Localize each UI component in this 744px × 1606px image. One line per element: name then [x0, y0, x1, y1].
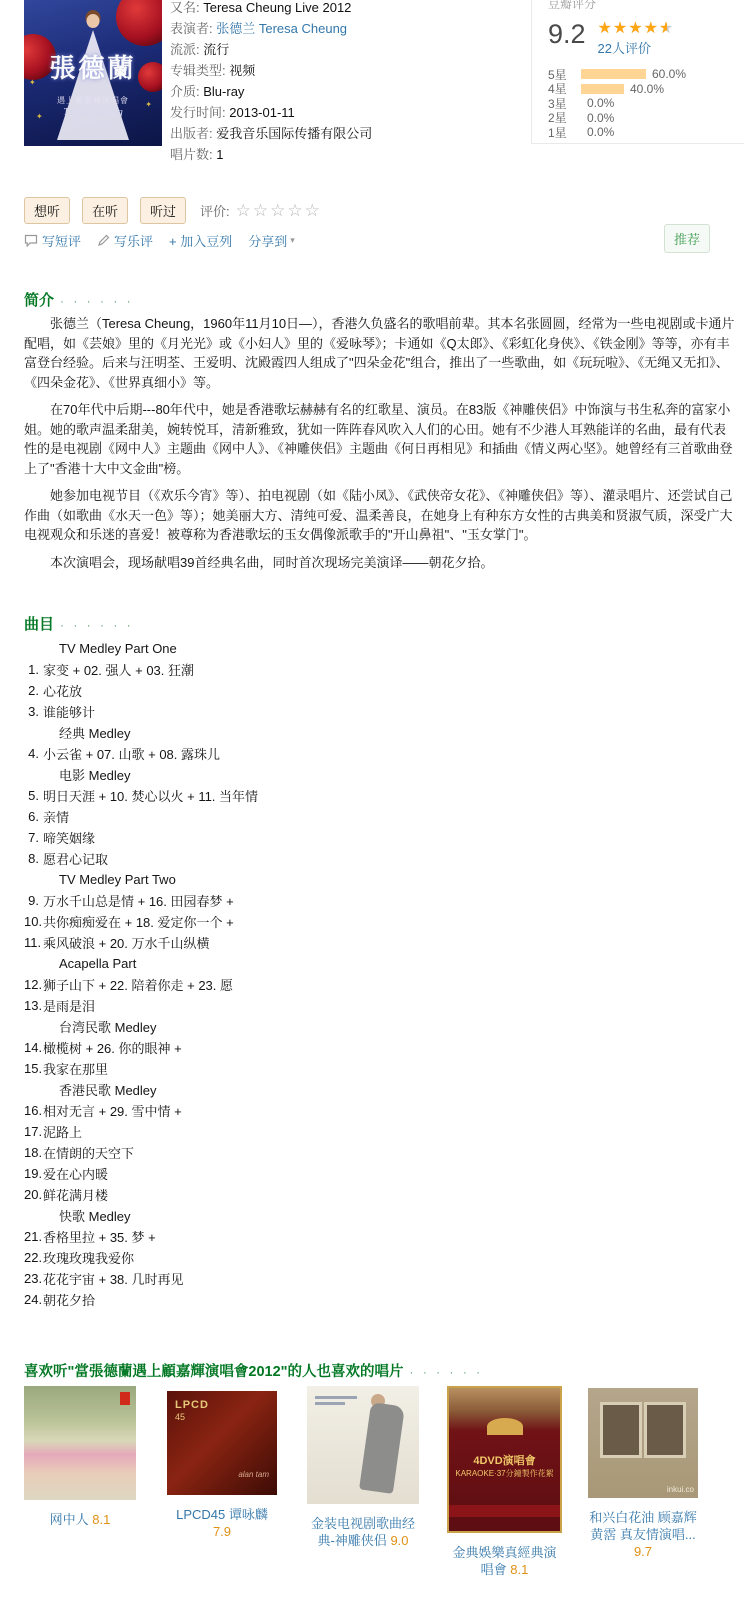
- watermark-text: inkui.co: [667, 1485, 694, 1494]
- info-value: 2013-01-11: [229, 105, 295, 120]
- info-label: 又名:: [170, 0, 200, 15]
- dist-row-1star: 1星0.0%: [548, 125, 744, 140]
- track-number: 3.: [24, 704, 39, 719]
- track-title: 相对无言 + 29. 雪中情 +: [43, 1101, 182, 1120]
- short-review-link[interactable]: 写短评: [42, 231, 81, 250]
- review-links: 写短评 写乐评 + 加入豆列 分享到 ▾: [24, 231, 311, 250]
- rating-panel-title: 豆瓣评分: [548, 0, 744, 12]
- rec-title-link[interactable]: 网中人: [50, 1512, 89, 1527]
- track-number: 16.: [24, 1103, 39, 1118]
- track-line: 5.明日天涯 + 10. 焚心以火 + 11. 当年情: [24, 785, 724, 806]
- track-title: 愿君心记取: [43, 849, 108, 868]
- performer-link[interactable]: 张德兰 Teresa Cheung: [216, 21, 347, 36]
- track-title: 家变 + 02. 强人 + 03. 狂潮: [43, 660, 194, 679]
- track-line: 24.朝花夕拾: [24, 1289, 724, 1310]
- intro-paragraph: 张德兰（Teresa Cheung，1960年11月10日—），香港久负盛名的歌…: [24, 314, 738, 392]
- track-number: 14.: [24, 1040, 39, 1055]
- info-value: Teresa Cheung Live 2012: [203, 0, 351, 15]
- track-number: 15.: [24, 1061, 39, 1076]
- artist-name-text: alan tam: [238, 1470, 269, 1479]
- rating-score: 9.2: [548, 20, 586, 48]
- medley-header: 台湾民歌 Medley: [24, 1016, 724, 1037]
- track-number: 19.: [24, 1166, 39, 1181]
- track-title: 爱在心内暖: [43, 1164, 108, 1183]
- track-number: 13.: [24, 998, 39, 1013]
- info-row-album-type: 专辑类型: 视频: [170, 60, 530, 81]
- rec-title-link[interactable]: LPCD45 谭咏麟: [176, 1507, 268, 1522]
- rec-score: 9.7: [634, 1544, 652, 1559]
- score-row: 9.2 ★★★★★ ★★★★★ 22人评价: [548, 20, 744, 57]
- info-row-publisher: 出版者: 爱我音乐国际传播有限公司: [170, 123, 530, 144]
- info-label: 介质:: [170, 84, 200, 99]
- tracks-heading-text: 曲目: [24, 616, 54, 633]
- rec-title-link[interactable]: 和兴白花油 顾嘉辉 黄霑 真友情演唱...: [589, 1510, 697, 1542]
- medley-header: TV Medley Part One: [24, 638, 724, 659]
- cover-subtitle: 遇上顧嘉輝演唱會: [24, 95, 162, 106]
- intro-heading: 简介· · · · · ·: [24, 289, 134, 310]
- track-title: 啼笑姻缘: [43, 828, 95, 847]
- track-number: 5.: [24, 788, 39, 803]
- track-title: 万水千山总是情 + 16. 田园春梦 +: [43, 891, 234, 910]
- rating-distribution: 5星60.0% 4星40.0% 3星0.0% 2星0.0% 1星0.0%: [548, 67, 744, 140]
- medley-title: TV Medley Part Two: [59, 872, 176, 887]
- share-group[interactable]: 分享到 ▾: [248, 231, 295, 250]
- track-title: 是雨是泪: [43, 996, 95, 1015]
- dist-bar: [581, 84, 624, 94]
- rec-score: 7.9: [213, 1524, 231, 1539]
- chevron-down-icon: ▾: [290, 235, 295, 246]
- track-title: 亲情: [43, 807, 69, 826]
- medley-header: 电影 Medley: [24, 764, 724, 785]
- heading-dots: · · · · · ·: [410, 1365, 484, 1379]
- recommendations-heading: 喜欢听"當張德蘭遇上顧嘉輝演唱會2012"的人也喜欢的唱片· · · · · ·: [24, 1360, 483, 1381]
- medley-title: TV Medley Part One: [59, 641, 177, 656]
- singer-art: [87, 14, 100, 28]
- music-review-group[interactable]: 写乐评: [97, 231, 153, 250]
- track-line: 10.共你痴痴爱在 + 18. 爱定你一个 +: [24, 911, 724, 932]
- intro-heading-text: 简介: [24, 292, 54, 309]
- medley-header: 快歌 Medley: [24, 1205, 724, 1226]
- lpcd-number-text: 45: [175, 1412, 185, 1422]
- douban-album-page: { "album": { "cover_text": { "name": "張德…: [0, 0, 744, 1606]
- track-number: 21.: [24, 1229, 39, 1244]
- intro-paragraph: 在70年代中后期---80年代中，她是香港歌坛赫赫有名的红歌星、演员。在83版《…: [24, 400, 738, 478]
- medley-header: 香港民歌 Medley: [24, 1079, 724, 1100]
- track-title: 花花宇宙 + 38. 几时再见: [43, 1269, 184, 1288]
- track-line: 6.亲情: [24, 806, 724, 827]
- red-seal-art: [120, 1392, 130, 1405]
- rec-score: 8.1: [92, 1512, 110, 1527]
- heading-dots: · · · · · ·: [60, 618, 134, 632]
- add-to-doulist-link[interactable]: + 加入豆列: [169, 231, 232, 250]
- track-line: 3.谁能够计: [24, 701, 724, 722]
- rec-caption: 和兴白花油 顾嘉辉 黄霑 真友情演唱... 9.7: [588, 1509, 698, 1560]
- track-line: 13.是雨是泪: [24, 995, 724, 1016]
- track-line: 18.在情朗的天空下: [24, 1142, 724, 1163]
- recommendation-card: 金装电视剧歌曲经典-神雕侠侣 9.0: [307, 1386, 419, 1549]
- track-number: 1.: [24, 662, 39, 677]
- cover-title: 張德蘭: [24, 48, 162, 85]
- dist-row-4star: 4星40.0%: [548, 82, 744, 97]
- track-line: 11.乘风破浪 + 20. 万水千山纵横: [24, 932, 724, 953]
- track-title: 小云雀 + 07. 山歌 + 08. 露珠儿: [43, 744, 220, 763]
- lpcd-brand-text: LPCD: [175, 1399, 209, 1411]
- track-title: 在情朗的天空下: [43, 1143, 134, 1162]
- recommendations-heading-text: 喜欢听"當張德蘭遇上顧嘉輝演唱會2012"的人也喜欢的唱片: [24, 1364, 404, 1380]
- rec-album-cover[interactable]: inkui.co: [588, 1388, 698, 1498]
- track-number: 23.: [24, 1271, 39, 1286]
- info-row-disc-count: 唱片数: 1: [170, 144, 530, 165]
- wish-button[interactable]: 想听: [24, 197, 70, 224]
- comment-bubble-icon: [24, 234, 38, 247]
- intro-text: 张德兰（Teresa Cheung，1960年11月10日—），香港久负盛名的歌…: [24, 314, 738, 580]
- track-line: 15.我家在那里: [24, 1058, 724, 1079]
- recommendation-list: 网中人 8.1 LPCD 45 alan tam LPCD45 谭咏麟 7.9 …: [24, 1386, 724, 1606]
- track-title: 泥路上: [43, 1122, 82, 1141]
- heading-dots: · · · · · ·: [60, 294, 134, 308]
- pencil-icon: [97, 234, 110, 247]
- track-title: 明日天涯 + 10. 焚心以火 + 11. 当年情: [43, 786, 258, 805]
- track-title: 鲜花满月楼: [43, 1185, 108, 1204]
- dist-bar: [581, 69, 646, 79]
- add-to-doulist-group[interactable]: + 加入豆列: [169, 231, 232, 250]
- medley-title: 快歌 Medley: [59, 1206, 131, 1225]
- medley-header: 经典 Medley: [24, 722, 724, 743]
- cover-text-art: [315, 1396, 357, 1399]
- track-title: 狮子山下 + 22. 陪着你走 + 23. 愿: [43, 975, 233, 994]
- info-label: 发行时间:: [170, 105, 226, 120]
- track-line: 17.泥路上: [24, 1121, 724, 1142]
- dist-row-3star: 3星0.0%: [548, 96, 744, 111]
- track-number: 9.: [24, 893, 39, 908]
- rating-panel: 豆瓣评分 9.2 ★★★★★ ★★★★★ 22人评价 5星60.0% 4星40.…: [531, 0, 744, 144]
- tracks-heading: 曲目· · · · · ·: [24, 613, 134, 634]
- track-number: 10.: [24, 914, 39, 929]
- rec-caption: 金装电视剧歌曲经典-神雕侠侣 9.0: [307, 1515, 419, 1549]
- cover-english-title: Teresa Cheung: [24, 107, 162, 118]
- rate-label: 评价:: [200, 201, 230, 220]
- info-value: Blu-ray: [203, 84, 244, 99]
- intro-paragraph: 她参加电视节目（《欢乐今宵》等）、拍电视剧（如《陆小凤》、《武侠帝女花》、《神雕…: [24, 486, 738, 545]
- info-value: 爱我音乐国际传播有限公司: [216, 126, 372, 141]
- track-title: 谁能够计: [43, 702, 95, 721]
- music-review-link[interactable]: 写乐评: [114, 231, 153, 250]
- track-title: 我家在那里: [43, 1059, 108, 1078]
- track-title: 朝花夕拾: [43, 1290, 95, 1309]
- track-line: 2.心花放: [24, 680, 724, 701]
- figure-art: [359, 1402, 405, 1494]
- dist-row-2star: 2星0.0%: [548, 111, 744, 126]
- track-title: 心花放: [43, 681, 82, 700]
- medley-title: 经典 Medley: [59, 723, 131, 742]
- track-line: 4.小云雀 + 07. 山歌 + 08. 露珠儿: [24, 743, 724, 764]
- medley-header: Acapella Part: [24, 953, 724, 974]
- cover-gold-text: 4DVD演唱會: [449, 1452, 560, 1468]
- medley-title: 香港民歌 Medley: [59, 1080, 157, 1099]
- rating-stars: ★★★★★ ★★★★★: [598, 20, 675, 37]
- info-label: 唱片数:: [170, 147, 213, 162]
- info-row-medium: 介质: Blu-ray: [170, 81, 530, 102]
- collect-actions: 想听 在听 听过 评价: ☆☆☆☆☆: [24, 197, 322, 224]
- track-title: 乘风破浪 + 20. 万水千山纵横: [43, 933, 210, 952]
- info-value: 视频: [229, 63, 255, 78]
- track-line: 22.玫瑰玫瑰我爱你: [24, 1247, 724, 1268]
- track-line: 8.愿君心记取: [24, 848, 724, 869]
- dist-percent: 40.0%: [630, 82, 664, 96]
- track-number: 8.: [24, 851, 39, 866]
- album-cover[interactable]: ✦ ✦ ✦ 張德蘭 遇上顧嘉輝演唱會 Teresa Cheung Live 20…: [24, 0, 162, 146]
- listening-button[interactable]: 在听: [82, 197, 128, 224]
- rec-album-cover[interactable]: LPCD 45 alan tam: [167, 1391, 277, 1495]
- red-band-art: [449, 1505, 560, 1517]
- dist-percent: 60.0%: [652, 67, 686, 81]
- listened-button[interactable]: 听过: [140, 197, 186, 224]
- info-value: 1: [216, 147, 223, 162]
- track-line: 19.爱在心内暖: [24, 1163, 724, 1184]
- dist-percent: 0.0%: [587, 125, 614, 139]
- rec-score: 9.0: [390, 1533, 408, 1548]
- medley-header: TV Medley Part Two: [24, 869, 724, 890]
- rec-score: 8.1: [510, 1562, 528, 1577]
- stars-fill: ★★★★★: [598, 20, 667, 37]
- track-line: 23.花花宇宙 + 38. 几时再见: [24, 1268, 724, 1289]
- info-label: 流派:: [170, 42, 200, 57]
- info-row-genre: 流派: 流行: [170, 39, 530, 60]
- track-line: 9.万水千山总是情 + 16. 田园春梦 +: [24, 890, 724, 911]
- rec-caption: 网中人 8.1: [24, 1511, 136, 1528]
- cover-english-subtitle: Live 2012: [24, 120, 162, 131]
- track-list: TV Medley Part One 1.家变 + 02. 强人 + 03. 狂…: [24, 638, 724, 1310]
- share-link[interactable]: 分享到: [248, 231, 287, 250]
- portrait-art: [600, 1402, 642, 1458]
- track-title: 橄榄树 + 26. 你的眼神 +: [43, 1038, 182, 1057]
- medley-title: 台湾民歌 Medley: [59, 1017, 157, 1036]
- dist-percent: 0.0%: [587, 96, 614, 110]
- info-row-performer: 表演者: 张德兰 Teresa Cheung: [170, 18, 530, 39]
- info-label: 专辑类型:: [170, 63, 226, 78]
- recommend-button[interactable]: 推荐: [664, 224, 710, 253]
- track-number: 2.: [24, 683, 39, 698]
- track-line: 1.家变 + 02. 强人 + 03. 狂潮: [24, 659, 724, 680]
- rec-album-cover[interactable]: 4DVD演唱會 KARAOKE·37分鐘製作花絮: [447, 1386, 562, 1533]
- rec-title-link[interactable]: 金典娛樂真經典演唱會: [452, 1545, 556, 1577]
- dist-percent: 0.0%: [587, 111, 614, 125]
- track-line: 7.啼笑姻缘: [24, 827, 724, 848]
- rate-stars-input[interactable]: ☆☆☆☆☆: [236, 201, 322, 221]
- info-label: 出版者:: [170, 126, 213, 141]
- rec-caption: 金典娛樂真經典演唱會 8.1: [447, 1544, 562, 1578]
- track-number: 4.: [24, 746, 39, 761]
- intro-paragraph: 本次演唱会，现场献唱39首经典名曲，同时首次现场完美演译——朝花夕拾。: [24, 553, 738, 573]
- star-column: ★★★★★ ★★★★★ 22人评价: [598, 20, 675, 57]
- rec-album-cover[interactable]: [307, 1386, 419, 1504]
- track-number: 11.: [24, 935, 39, 950]
- recommendation-card: LPCD 45 alan tam LPCD45 谭咏麟 7.9: [167, 1386, 277, 1540]
- track-line: 20.鲜花满月楼: [24, 1184, 724, 1205]
- track-number: 20.: [24, 1187, 39, 1202]
- info-value: 流行: [203, 42, 229, 57]
- dist-row-5star: 5星60.0%: [548, 67, 744, 82]
- recommendation-card: 4DVD演唱會 KARAOKE·37分鐘製作花絮 金典娛樂真經典演唱會 8.1: [447, 1386, 562, 1578]
- cover-gold-text: KARAOKE·37分鐘製作花絮: [449, 1468, 560, 1479]
- track-line: 16.相对无言 + 29. 雪中情 +: [24, 1100, 724, 1121]
- votes-link[interactable]: 22人评价: [598, 38, 675, 57]
- info-label: 表演者:: [170, 21, 213, 36]
- track-title: 共你痴痴爱在 + 18. 爱定你一个 +: [43, 912, 234, 931]
- track-number: 22.: [24, 1250, 39, 1265]
- crown-art: [487, 1418, 523, 1435]
- short-review-group[interactable]: 写短评: [24, 231, 81, 250]
- track-number: 7.: [24, 830, 39, 845]
- track-number: 12.: [24, 977, 39, 992]
- medley-title: Acapella Part: [59, 956, 136, 971]
- star-label: 1星: [548, 124, 574, 141]
- medley-title: 电影 Medley: [59, 765, 131, 784]
- track-number: 24.: [24, 1292, 39, 1307]
- cover-text-art: [315, 1402, 345, 1405]
- track-title: 玫瑰玫瑰我爱你: [43, 1248, 134, 1267]
- track-line: 12.狮子山下 + 22. 陪着你走 + 23. 愿: [24, 974, 724, 995]
- recommendation-card: inkui.co 和兴白花油 顾嘉辉 黄霑 真友情演唱... 9.7: [588, 1386, 698, 1560]
- track-number: 6.: [24, 809, 39, 824]
- info-row-alias: 又名: Teresa Cheung Live 2012: [170, 0, 530, 18]
- track-line: 21.香格里拉 + 35. 梦 +: [24, 1226, 724, 1247]
- recommendation-card: 网中人 8.1: [24, 1386, 136, 1528]
- portrait-art: [644, 1402, 686, 1458]
- track-line: 14.橄榄树 + 26. 你的眼神 +: [24, 1037, 724, 1058]
- track-number: 17.: [24, 1124, 39, 1139]
- rec-album-cover[interactable]: [24, 1386, 136, 1500]
- rec-caption: LPCD45 谭咏麟 7.9: [167, 1506, 277, 1540]
- track-number: 18.: [24, 1145, 39, 1160]
- info-row-release-date: 发行时间: 2013-01-11: [170, 102, 530, 123]
- album-info: 又名: Teresa Cheung Live 2012 表演者: 张德兰 Ter…: [170, 0, 530, 165]
- track-title: 香格里拉 + 35. 梦 +: [43, 1227, 156, 1246]
